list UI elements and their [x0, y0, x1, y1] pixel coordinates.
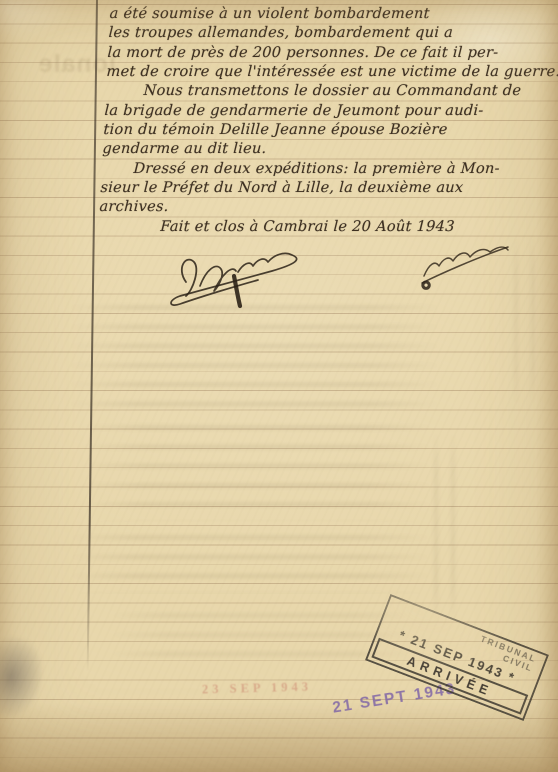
handwritten-line: Fait et clos à Cambrai le 20 Août 1943: [98, 217, 551, 236]
handwritten-line: la mort de près de 200 personnes. De ce …: [107, 43, 558, 62]
handwritten-line: Nous transmettons le dossier au Commanda…: [105, 81, 558, 100]
faded-date-stamp: 23 SEP 1943: [202, 680, 312, 698]
handwritten-line: la brigade de gendarmerie de Jeumont pou…: [104, 101, 557, 120]
signature-left: [160, 238, 316, 312]
document-page: ionale a été soumise à un violent bombar…: [0, 0, 558, 772]
handwritten-line: les troupes allemandes, bombardement qui…: [108, 23, 558, 42]
handwritten-line: a été soumise à un violent bombardement: [109, 4, 558, 23]
handwritten-line: archives.: [99, 197, 552, 216]
signature-right: [414, 236, 516, 294]
handwritten-line: tion du témoin Delille Jeanne épouse Boz…: [103, 120, 556, 139]
handwritten-line: Dressé en deux expéditions: la première …: [101, 159, 554, 178]
handwritten-line: gendarme au dit lieu.: [102, 139, 555, 158]
bleedthrough-printed-fragment: ionale: [6, 50, 116, 79]
handwritten-line: sieur le Préfet du Nord à Lille, la deux…: [100, 178, 553, 197]
handwritten-line: met de croire que l'intéressée est une v…: [106, 62, 558, 81]
handwritten-text-block: a été soumise à un violent bombardementl…: [98, 4, 558, 236]
